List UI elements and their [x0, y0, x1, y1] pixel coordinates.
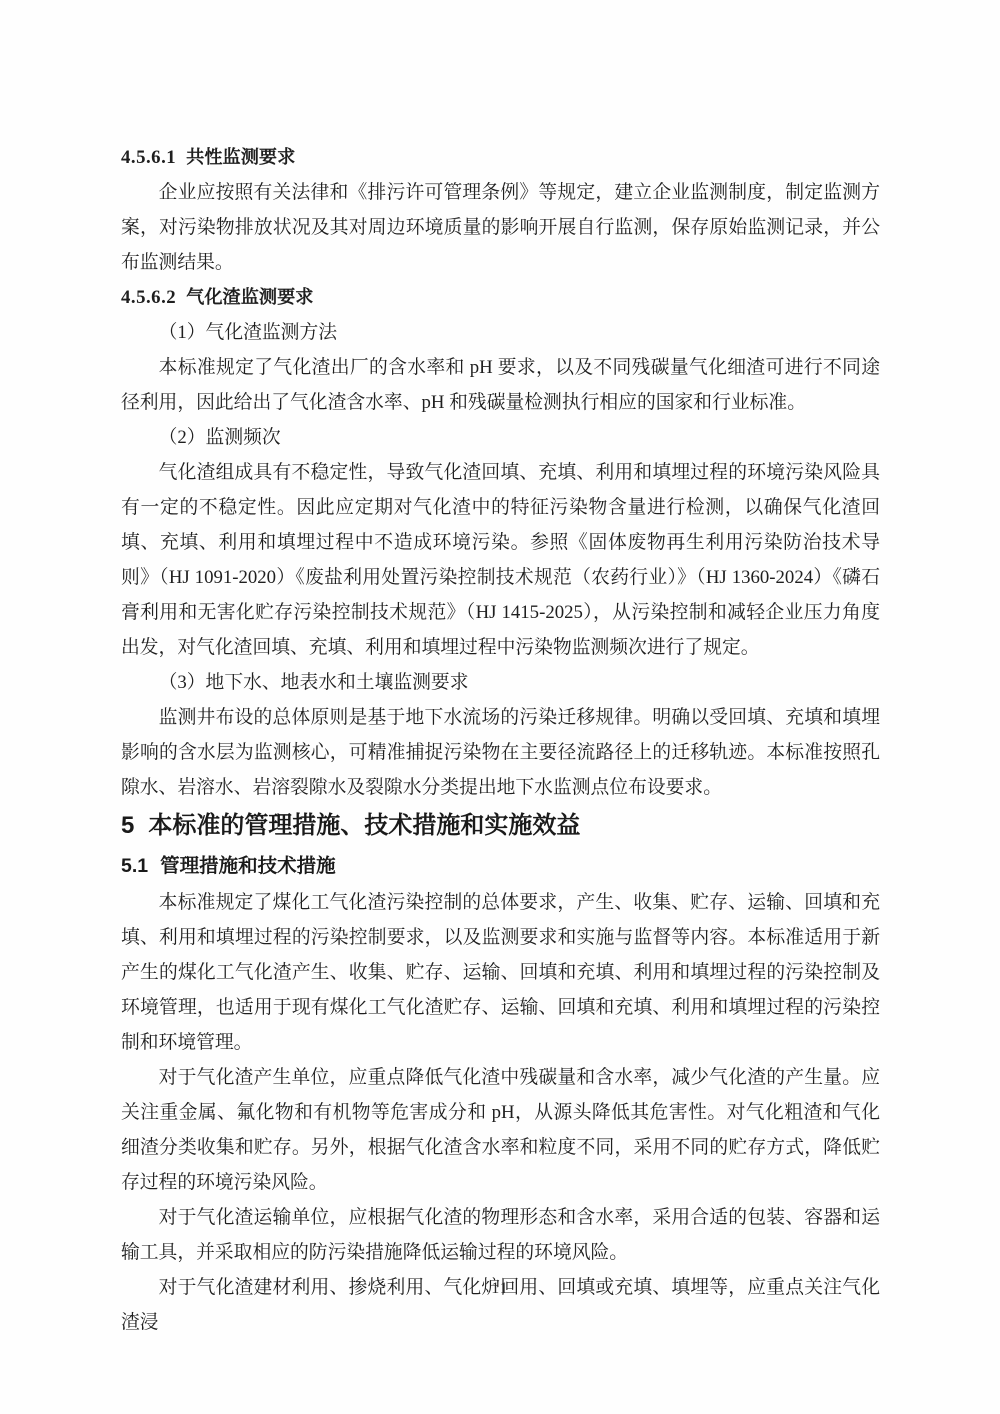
paragraph-monitoring-frequency: 气化渣组成具有不稳定性，导致气化渣回填、充填、利用和填埋过程的环境污染风险具有一… [121, 455, 880, 665]
clause-heading-4562: 4.5.6.2气化渣监测要求 [121, 280, 880, 315]
paragraph-monitoring-method: 本标准规定了气化渣出厂的含水率和 pH 要求，以及不同残碳量气化细渣可进行不同途… [121, 350, 880, 420]
document-page: 4.5.6.1共性监测要求 企业应按照有关法律和《排污许可管理条例》等规定，建立… [0, 0, 1000, 1414]
subsection-title: 管理措施和技术措施 [160, 855, 336, 877]
page-number: 11 [0, 1278, 1000, 1300]
section-title: 本标准的管理措施、技术措施和实施效益 [148, 812, 580, 839]
clause-number: 4.5.6.2 [121, 287, 176, 308]
section-number: 5 [121, 812, 134, 839]
paragraph-scope-of-standard: 本标准规定了煤化工气化渣污染控制的总体要求，产生、收集、贮存、运输、回填和充填、… [121, 885, 880, 1060]
clause-number: 4.5.6.1 [121, 147, 176, 168]
paragraph-monitoring-wells: 监测井布设的总体原则是基于地下水流场的污染迁移规律。明确以受回填、充填和填埋影响… [121, 700, 880, 805]
paragraph-transport-units: 对于气化渣运输单位，应根据气化渣的物理形态和含水率，采用合适的包装、容器和运输工… [121, 1200, 880, 1270]
sub-item-3-groundwater-monitoring: （3）地下水、地表水和土壤监测要求 [121, 665, 880, 700]
sub-item-1-monitoring-method: （1）气化渣监测方法 [121, 315, 880, 350]
paragraph-common-monitoring: 企业应按照有关法律和《排污许可管理条例》等规定，建立企业监测制度，制定监测方案，… [121, 175, 880, 280]
subsection-heading-51: 5.1管理措施和技术措施 [121, 847, 880, 885]
clause-heading-4561: 4.5.6.1共性监测要求 [121, 140, 880, 175]
clause-title: 气化渣监测要求 [186, 287, 313, 307]
document-body: 4.5.6.1共性监测要求 企业应按照有关法律和《排污许可管理条例》等规定，建立… [121, 140, 880, 1340]
sub-item-2-monitoring-frequency: （2）监测频次 [121, 420, 880, 455]
clause-title: 共性监测要求 [186, 147, 295, 167]
paragraph-producing-units: 对于气化渣产生单位，应重点降低气化渣中残碳量和含水率，减少气化渣的产生量。应关注… [121, 1060, 880, 1200]
section-heading-5: 5本标准的管理措施、技术措施和实施效益 [121, 805, 880, 847]
subsection-number: 5.1 [121, 855, 148, 877]
